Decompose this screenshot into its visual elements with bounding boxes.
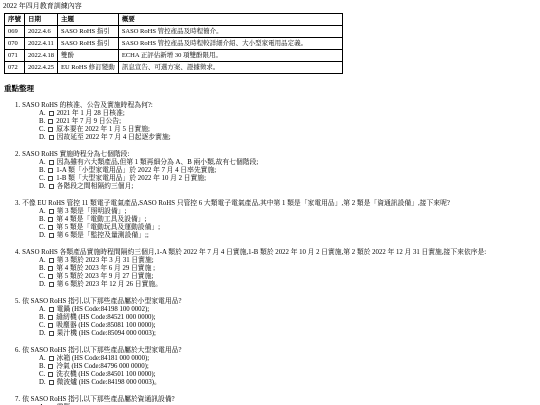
checkbox-icon[interactable]: [48, 176, 53, 181]
option-row: D.各階段之間相隔約三個月;: [15, 183, 540, 191]
cell-date: 2022.4.11: [25, 38, 58, 50]
option-row: B.第 4 類是「電動工具及設備」;: [15, 216, 540, 224]
question-text: 依 SASO RoHS 指引,以下那些產品屬於小型家電用品?: [22, 298, 181, 305]
option-row: A.2021 年 1 月 28 日核准;: [15, 110, 540, 118]
training-schedule-table: 序號 日期 主題 概要 069 2022.4.6 SASO RoHS 指引 SA…: [4, 13, 343, 74]
option-label: C.: [39, 224, 45, 231]
checkbox-icon[interactable]: [48, 266, 53, 271]
question-number: 5.: [15, 298, 20, 305]
checkbox-icon[interactable]: [48, 372, 53, 377]
table-row: 071 2022.4.18 雙酚 ECHA 正評估新增 30 項雙酚限用。: [5, 50, 343, 62]
option-label: A.: [39, 355, 46, 362]
checkbox-icon[interactable]: [49, 135, 54, 140]
option-text: 第 5 類是「電動玩具及運動設備」;: [56, 224, 160, 231]
option-label: A.: [39, 159, 46, 166]
option-label: D.: [39, 134, 46, 141]
question-number: 2.: [15, 151, 20, 158]
table-header-row: 序號 日期 主題 概要: [5, 14, 343, 26]
question-6: 6.依 SASO RoHS 指引,以下那些產品屬於大型家電用品? A.冰箱 (H…: [15, 347, 540, 387]
option-text: 微波爐 (HS Code:84198 000 0003)。: [57, 379, 161, 386]
table-row: 070 2022.4.11 SASO RoHS 指引 SASO RoHS 管控產…: [5, 38, 343, 50]
document-page: 2022 年四月教育訓練內容 序號 日期 主題 概要 069 2022.4.6 …: [0, 0, 540, 405]
checkbox-icon[interactable]: [49, 331, 54, 336]
question-text: SASO RoHS 各類產品實施時程間隔約三個月,1-A 類於 2022 年 7…: [22, 249, 486, 256]
option-text: 第 5 類於 2023 年 9 月 27 日實施;: [56, 273, 153, 280]
option-label: D.: [39, 281, 46, 288]
checkbox-icon[interactable]: [48, 168, 53, 173]
checkbox-icon[interactable]: [49, 209, 54, 214]
option-text: 冷氣 (HS Code:84796 000 0000);: [56, 363, 149, 370]
option-text: 因為雖有六大類產品,但第 1 類再細分為 A、B 兩小類,故有七個階段;: [57, 159, 259, 166]
question-1: 1.SASO RoHS 的核准、公告及實施時程為何?: A.2021 年 1 月…: [15, 102, 540, 142]
cell-no: 069: [5, 26, 25, 38]
option-row: C.1-B 類「大型家電用品」於 2022 年 10 月 2 日實施;: [15, 175, 540, 183]
checkbox-icon[interactable]: [49, 233, 54, 238]
checkbox-icon[interactable]: [48, 127, 53, 132]
cell-topic: 雙酚: [58, 50, 119, 62]
question-number: 1.: [15, 102, 20, 109]
column-header-topic: 主題: [58, 14, 119, 26]
option-row: A.第 3 類是「照明設備」;: [15, 208, 540, 216]
option-text: 2021 年 7 月 9 日公告;: [56, 118, 121, 125]
option-text: 2021 年 1 月 28 日核准;: [57, 110, 125, 117]
option-label: D.: [39, 232, 46, 239]
option-text: 第 6 類是「監控及量測設備」;;: [57, 232, 149, 239]
option-text: 吸塵器 (HS Code:85081 100 0000);: [56, 322, 155, 329]
question-text: 不像 EU RoHS 管控 11 類電子電氣產品,SASO RoHS 只管控 6…: [22, 200, 450, 207]
option-label: B.: [39, 118, 45, 125]
question-5: 5.依 SASO RoHS 指引,以下那些產品屬於小型家電用品? A.電鍋 (H…: [15, 298, 540, 338]
option-row: B.縫紉機 (HS Code:84521 000 0000);: [15, 314, 540, 322]
option-row: C.第 5 類是「電動玩具及運動設備」;: [15, 224, 540, 232]
checkbox-icon[interactable]: [49, 111, 54, 116]
option-text: 原本要在 2022 年 1 月 5 日實施;: [56, 126, 150, 133]
option-label: B.: [39, 265, 45, 272]
option-text: 第 6 類於 2023 年 12 月 26 日實施。: [57, 281, 162, 288]
option-text: 洗衣機 (HS Code:84501 100 0000);: [56, 371, 155, 378]
option-row: A.電鍋 (HS Code:84198 100 0002);: [15, 306, 540, 314]
checkbox-icon[interactable]: [48, 274, 53, 279]
question-number: 3.: [15, 200, 20, 207]
option-label: D.: [39, 183, 46, 190]
question-number: 4.: [15, 249, 20, 256]
option-text: 電鍋 (HS Code:84198 100 0002);: [57, 306, 150, 313]
option-label: C.: [39, 126, 45, 133]
option-text: 1-B 類「大型家電用品」於 2022 年 10 月 2 日實施;: [56, 175, 206, 182]
cell-date: 2022.4.25: [25, 62, 58, 74]
option-text: 第 3 類是「照明設備」;: [57, 208, 127, 215]
column-header-date: 日期: [25, 14, 58, 26]
cell-no: 070: [5, 38, 25, 50]
option-label: A.: [39, 257, 46, 264]
cell-no: 072: [5, 62, 25, 74]
checkbox-icon[interactable]: [49, 380, 54, 385]
question-3: 3.不像 EU RoHS 管控 11 類電子電氣產品,SASO RoHS 只管控…: [15, 200, 540, 240]
question-number: 6.: [15, 347, 20, 354]
section-heading: 重點整理: [4, 84, 540, 93]
cell-summary: 訊息宣告、可選方案、證據徵求。: [118, 62, 342, 74]
option-label: C.: [39, 371, 45, 378]
question-7: 7.依 SASO RoHS 指引,以下那些產品屬於資通訊設備? A.電腦;: [15, 396, 540, 405]
cell-date: 2022.4.6: [25, 26, 58, 38]
column-header-no: 序號: [5, 14, 25, 26]
checkbox-icon[interactable]: [49, 258, 54, 263]
option-row: A.第 3 類於 2023 年 3 月 31 日實施;: [15, 257, 540, 265]
option-row: B.1-A 類「小型家電用品」於 2022 年 7 月 4 日率先實施;: [15, 167, 540, 175]
option-row: A.冰箱 (HS Code:84181 000 0000);: [15, 355, 540, 363]
option-label: D.: [39, 379, 46, 386]
checkbox-icon[interactable]: [48, 364, 53, 369]
option-row: D.第 6 類是「監控及量測設備」;;: [15, 232, 540, 240]
cell-summary: SASO RoHS 管控產品及時程較詳細介紹、大小型家電用品定義。: [118, 38, 342, 50]
option-text: 縫紉機 (HS Code:84521 000 0000);: [56, 314, 155, 321]
option-text: 第 4 類是「電動工具及設備」;: [56, 216, 146, 223]
question-number: 7.: [15, 396, 20, 403]
question-text: 依 SASO RoHS 指引,以下那些產品屬於資通訊設備?: [22, 396, 175, 403]
cell-date: 2022.4.18: [25, 50, 58, 62]
option-text: 冰箱 (HS Code:84181 000 0000);: [57, 355, 150, 362]
option-label: B.: [39, 314, 45, 321]
checkbox-icon[interactable]: [48, 315, 53, 320]
question-2: 2.SASO RoHS 實施時程分為七個階段: A.因為雖有六大類產品,但第 1…: [15, 151, 540, 191]
checkbox-icon[interactable]: [49, 160, 54, 165]
option-row: C.第 5 類於 2023 年 9 月 27 日實施;: [15, 273, 540, 281]
question-text: SASO RoHS 的核准、公告及實施時程為何?:: [22, 102, 153, 109]
option-text: 第 3 類於 2023 年 3 月 31 日實施;: [57, 257, 154, 264]
cell-topic: SASO RoHS 指引: [58, 26, 119, 38]
option-label: A.: [39, 208, 46, 215]
option-text: 第 4 類於 2023 年 6 月 29 日實施 ;: [56, 265, 155, 272]
option-text: 1-A 類「小型家電用品」於 2022 年 7 月 4 日率先實施;: [56, 167, 216, 174]
checkbox-icon[interactable]: [48, 225, 53, 230]
checkbox-icon[interactable]: [49, 307, 54, 312]
option-row: D.微波爐 (HS Code:84198 000 0003)。: [15, 379, 540, 387]
option-row: B.2021 年 7 月 9 日公告;: [15, 118, 540, 126]
checkbox-icon[interactable]: [48, 119, 53, 124]
column-header-summary: 概要: [118, 14, 342, 26]
table-row: 069 2022.4.6 SASO RoHS 指引 SASO RoHS 管控產品…: [5, 26, 343, 38]
option-row: D.果汁機 (HS Code:85094 000 0003);: [15, 330, 540, 338]
option-label: C.: [39, 175, 45, 182]
option-row: D.第 6 類於 2023 年 12 月 26 日實施。: [15, 281, 540, 289]
option-row: C.吸塵器 (HS Code:85081 100 0000);: [15, 322, 540, 330]
cell-topic: SASO RoHS 指引: [58, 38, 119, 50]
checkbox-icon[interactable]: [48, 323, 53, 328]
option-label: D.: [39, 330, 46, 337]
checkbox-icon[interactable]: [48, 217, 53, 222]
option-label: B.: [39, 363, 45, 370]
cell-topic: EU RoHS 修訂變動: [58, 62, 119, 74]
option-row: C.原本要在 2022 年 1 月 5 日實施;: [15, 126, 540, 134]
option-row: C.洗衣機 (HS Code:84501 100 0000);: [15, 371, 540, 379]
cell-summary: ECHA 正評估新增 30 項雙酚限用。: [118, 50, 342, 62]
option-label: B.: [39, 167, 45, 174]
option-row: B.冷氣 (HS Code:84796 000 0000);: [15, 363, 540, 371]
option-row: D.因故延至 2022 年 7 月 4 日起逐步實施;: [15, 134, 540, 142]
checkbox-icon[interactable]: [49, 356, 54, 361]
question-4: 4.SASO RoHS 各類產品實施時程間隔約三個月,1-A 類於 2022 年…: [15, 249, 540, 289]
page-title: 2022 年四月教育訓練內容: [3, 2, 540, 11]
option-row: B.第 4 類於 2023 年 6 月 29 日實施 ;: [15, 265, 540, 273]
question-text: 依 SASO RoHS 指引,以下那些產品屬於大型家電用品?: [22, 347, 181, 354]
option-label: C.: [39, 273, 45, 280]
table-row: 072 2022.4.25 EU RoHS 修訂變動 訊息宣告、可選方案、證據徵…: [5, 62, 343, 74]
cell-no: 071: [5, 50, 25, 62]
option-label: A.: [39, 110, 46, 117]
option-text: 各階段之間相隔約三個月;: [57, 183, 134, 190]
option-label: B.: [39, 216, 45, 223]
option-label: C.: [39, 322, 45, 329]
option-label: A.: [39, 306, 46, 313]
checkbox-icon[interactable]: [49, 184, 54, 189]
question-text: SASO RoHS 實施時程分為七個階段:: [22, 151, 129, 158]
question-list: 1.SASO RoHS 的核准、公告及實施時程為何?: A.2021 年 1 月…: [3, 102, 540, 405]
cell-summary: SASO RoHS 管控產品及時程簡介。: [118, 26, 342, 38]
checkbox-icon[interactable]: [49, 282, 54, 287]
option-text: 果汁機 (HS Code:85094 000 0003);: [57, 330, 156, 337]
option-row: A.因為雖有六大類產品,但第 1 類再細分為 A、B 兩小類,故有七個階段;: [15, 159, 540, 167]
option-text: 因故延至 2022 年 7 月 4 日起逐步實施;: [57, 134, 171, 141]
